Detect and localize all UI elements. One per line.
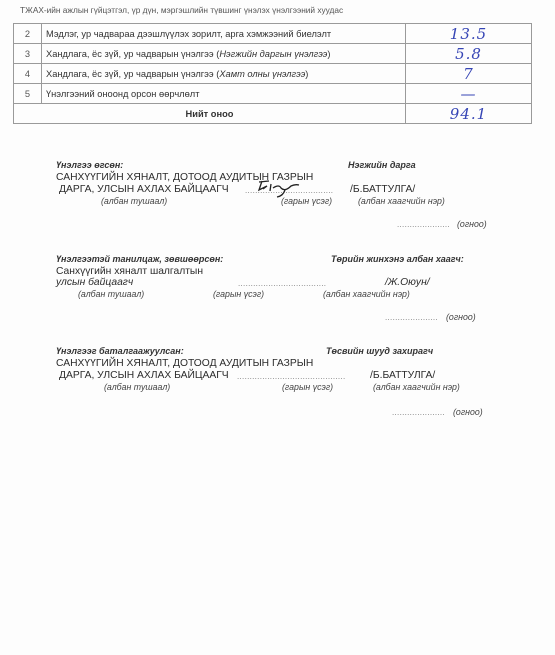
caption-position: (албан тушаал) [104,382,170,392]
position-line-2: ДАРГА, УЛСЫН АХЛАХ БАЙЦААГЧ [59,370,229,381]
table-row: 4 Хандлага, ёс зүй, ур чадварын үнэлгээ … [14,64,532,84]
caption-signature: (гарын үсэг) [213,289,264,299]
table-row: 2 Мэдлэг, ур чадвараа дээшлүүлэх зорилт,… [14,24,532,44]
position-line-1: САНХҮҮГИЙН ХЯНАЛТ, ДОТООД АУДИТЫН ГАЗРЫН [56,358,313,369]
signature-line: ........................................… [237,372,345,381]
caption-date: (огноо) [457,219,487,229]
date-line: ..................... [385,313,438,322]
handwritten-score: — [406,84,532,104]
criterion-text: Хандлага, ёс зүй, ур чадварын үнэлгээ (Х… [42,64,406,84]
section-title: Үнэлгээтэй танилцаж, зөвшөөрсөн: [56,254,223,264]
position-line-1: Санхүүгийн хяналт шалгалтын [56,266,203,277]
date-line: ..................... [397,220,450,229]
caption-name: (албан хаагчийн нэр) [323,289,410,299]
signer-name: /Б.БАТТУЛГА/ [350,184,415,195]
total-score: 94.1 [406,104,532,124]
criterion-text: Үнэлгээний оноонд орсон өөрчлөлт [42,84,406,104]
signer-name: /Ж.Оюун/ [385,277,430,288]
position-line-2: улсын байцаагч [56,277,133,288]
row-number: 3 [14,44,42,64]
criterion-text: Хандлага, ёс зүй, ур чадварын үнэлгээ (Н… [42,44,406,64]
role-title: Төрийн жинхэнэ албан хаагч: [331,254,464,264]
table-row: 3 Хандлага, ёс зүй, ур чадварын үнэлгээ … [14,44,532,64]
section-title: Үнэлгээг баталгаажуулсан: [56,346,184,356]
caption-signature: (гарын үсэг) [282,382,333,392]
handwritten-score: 7 [406,64,532,84]
date-line: ..................... [392,408,445,417]
caption-date: (огноо) [453,407,483,417]
caption-date: (огноо) [446,312,476,322]
criterion-text: Мэдлэг, ур чадвараа дээшлүүлэх зорилт, а… [42,24,406,44]
criterion-note: Нэгжийн даргын үнэлгээ [219,49,327,59]
page-header: ТЖАХ-ийн ажлын гүйцэтгэл, үр дүн, мэргэш… [20,5,343,15]
position-line-2: ДАРГА, УЛСЫН АХЛАХ БАЙЦААГЧ [59,184,229,195]
role-title: Төсвийн шууд захирагч [326,346,433,356]
caption-position: (албан тушаал) [101,196,167,206]
row-number: 2 [14,24,42,44]
table-row: 5 Үнэлгээний оноонд орсон өөрчлөлт — [14,84,532,104]
signer-name: /Б.БАТТУЛГА/ [370,370,435,381]
section-title: Үнэлгээ өгсөн: [56,160,123,170]
caption-signature: (гарын үсэг) [281,196,332,206]
role-title: Нэгжийн дарга [348,160,416,170]
caption-name: (албан хаагчийн нэр) [358,196,445,206]
handwritten-score: 5.8 [406,44,532,64]
handwritten-score: 13.5 [406,24,532,44]
handwritten-signature-icon [255,176,303,198]
total-row: Нийт оноо 94.1 [14,104,532,124]
caption-name: (албан хаагчийн нэр) [373,382,460,392]
signature-line: ................................... [238,279,326,288]
row-number: 4 [14,64,42,84]
score-table: 2 Мэдлэг, ур чадвараа дээшлүүлэх зорилт,… [13,23,532,124]
caption-position: (албан тушаал) [78,289,144,299]
row-number: 5 [14,84,42,104]
total-label: Нийт оноо [14,104,406,124]
criterion-note: Хамт олны үнэлгээ [219,69,305,79]
